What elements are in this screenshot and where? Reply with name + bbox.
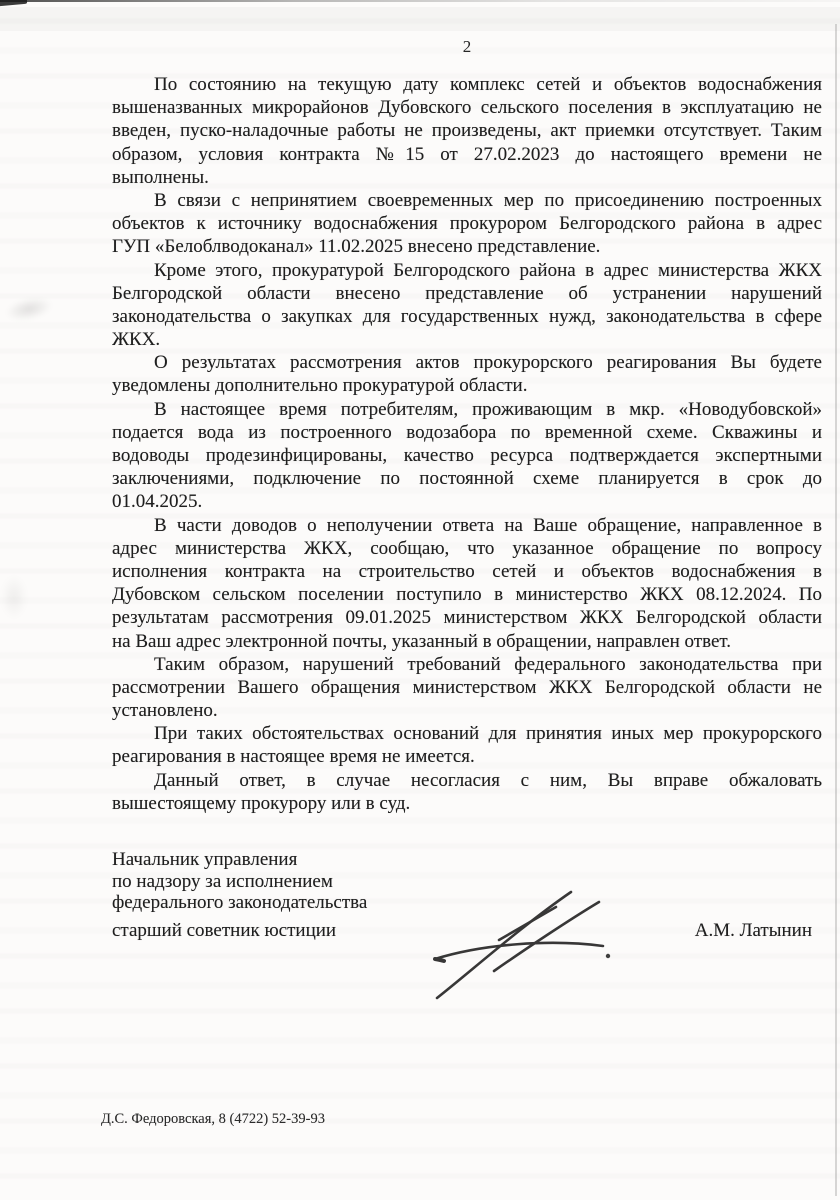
text-line: ЖКХ. <box>112 328 822 351</box>
text-line: По состоянию на текущую дату комплекс се… <box>112 73 822 96</box>
text-line: адрес министерства ЖКХ, сообщаю, что ука… <box>112 537 822 560</box>
text-line: Таким образом, нарушений требований феде… <box>112 653 822 676</box>
signatory-rank: старший советник юстиции <box>112 920 336 942</box>
text-line: О результатах рассмотрения актов прокуро… <box>112 351 822 374</box>
text-line: результатам рассмотрения 09.01.2025 мини… <box>112 606 822 629</box>
scan-right-edge-artifact <box>835 24 837 1196</box>
text-line: В связи с непринятием своевременных мер … <box>112 189 822 212</box>
executor-contact: Д.С. Федоровская, 8 (4722) 52-39-93 <box>101 1110 325 1128</box>
scan-smudge-artifact <box>3 293 55 324</box>
signatory-position: Начальник управленияпо надзору за исполн… <box>112 849 367 914</box>
text-line: образом, условия контракта №15 от 27.02.… <box>112 143 822 166</box>
text-line: объектов к источнику водоснабжения проку… <box>112 212 822 235</box>
page-number: 2 <box>112 36 822 58</box>
signatory-name: А.М. Латынин <box>695 920 812 942</box>
paragraph: Данный ответ, в случае несогласия с ним,… <box>112 769 822 815</box>
text-line: В настоящее время потребителям, проживаю… <box>112 398 822 421</box>
text-line: исполнения контракта на строительство се… <box>112 560 822 583</box>
text-line: установлено. <box>112 699 822 722</box>
text-line: При таких обстоятельствах оснований для … <box>112 722 822 745</box>
text-line: рассмотрении Вашего обращения министерст… <box>112 676 822 699</box>
text-line: вышестоящему прокурору или в суд. <box>112 792 822 815</box>
text-line: водоводы продезинфицированы, качество ре… <box>112 444 822 467</box>
text-line: законодательства о закупках для государс… <box>112 305 822 328</box>
paragraph: В настоящее время потребителям, проживаю… <box>112 398 822 514</box>
text-line: Белгородской области внесено представлен… <box>112 282 822 305</box>
paragraph: При таких обстоятельствах оснований для … <box>112 722 822 768</box>
scan-corner-mark-artifact <box>0 0 27 6</box>
signatory-position-line: федерального законодательства <box>112 892 367 914</box>
scanned-document-page: 2 По состоянию на текущую дату комплекс … <box>0 0 840 1200</box>
paragraph: О результатах рассмотрения актов прокуро… <box>112 351 822 397</box>
text-line: введен, пуско-наладочные работы не произ… <box>112 119 822 142</box>
text-line: 01.04.2025. <box>112 490 822 513</box>
paragraph: Кроме этого, прокуратурой Белгородского … <box>112 259 822 352</box>
signatory-position-line: по надзору за исполнением <box>112 871 367 893</box>
text-line: заключениями, подключение по постоянной … <box>112 467 822 490</box>
signatory-position-line: Начальник управления <box>112 849 367 871</box>
handwritten-signature-icon <box>428 882 616 1007</box>
scan-top-edge-artifact <box>0 0 840 2</box>
scan-smudge-artifact <box>1 575 27 619</box>
text-line: подается вода из построенного водозабора… <box>112 421 822 444</box>
text-line: реагирования в настоящее время не имеетс… <box>112 745 822 768</box>
paragraph: В части доводов о неполучении ответа на … <box>112 514 822 653</box>
text-line: В части доводов о неполучении ответа на … <box>112 514 822 537</box>
text-line: Кроме этого, прокуратурой Белгородского … <box>112 259 822 282</box>
paragraph: По состоянию на текущую дату комплекс се… <box>112 73 822 189</box>
text-line: уведомлены дополнительно прокуратурой об… <box>112 374 822 397</box>
paragraph: Таким образом, нарушений требований феде… <box>112 653 822 723</box>
text-line: выполнены. <box>112 166 822 189</box>
document-body: По состоянию на текущую дату комплекс се… <box>112 73 822 815</box>
paragraph: В связи с непринятием своевременных мер … <box>112 189 822 259</box>
text-line: вышеназванных микрорайонов Дубовского се… <box>112 96 822 119</box>
scan-band-artifact <box>0 7 840 31</box>
text-line: на Ваш адрес электронной почты, указанны… <box>112 630 822 653</box>
text-line: ГУП «Белоблводоканал» 11.02.2025 внесено… <box>112 235 822 258</box>
text-line: Данный ответ, в случае несогласия с ним,… <box>112 769 822 792</box>
text-line: Дубовском сельском поселении поступило в… <box>112 583 822 606</box>
